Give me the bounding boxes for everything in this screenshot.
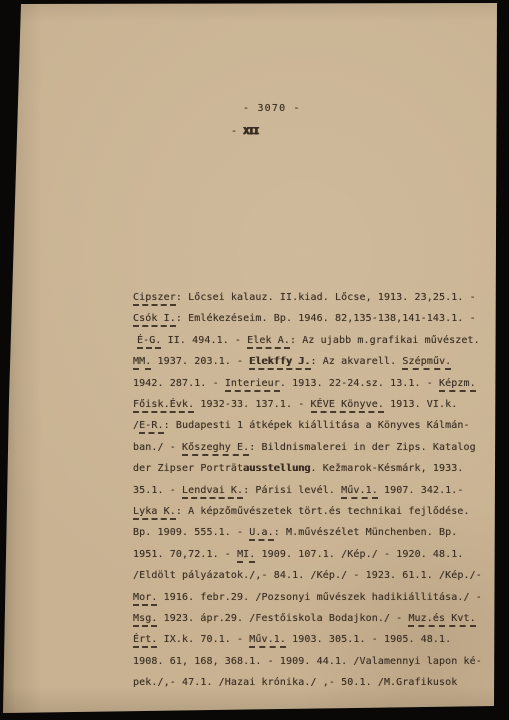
text-segment: 1907. 342.1.- [378,485,464,496]
text-line: /E-R.: Budapesti 1 átképek kiállitása a … [133,420,470,432]
section-numeral: - XII [231,126,258,138]
text-segment: Műv.1. [341,485,378,499]
text-line: 1951. 70,72.1. - MI. 1909. 107.1. /Kép./… [133,549,464,561]
text-segment: : Emlékezéseim. Bp. 1946. 82,135-138,141… [176,313,476,324]
text-segment: 1903. 305.1. - 1905. 48.1. [286,634,451,645]
text-segment: MM. [133,356,151,370]
text-segment: IX.k. 70.1. - [157,634,249,645]
text-line: 35.1. - Lendvai K.: Párisi levél. Műv.1.… [133,485,464,497]
text-segment: ausstellung [243,463,310,474]
text-line: /Eldölt pályázatok./,- 84.1. /Kép./ - 19… [133,570,482,582]
text-segment: Műv.1. [249,634,286,648]
text-segment: : Az akvarell. [311,356,403,367]
page-number: - 3070 - [243,103,301,115]
text-segment: Szépműv. [402,356,451,370]
text-line: Lyka K.: A képzőművészetek tört.és techn… [133,506,470,518]
text-line: Főisk.Évk. 1932-33. 137.1. - KÉVE Könyve… [133,399,457,411]
text-segment: 1909. 107.1. /Kép./ - 1920. 48.1. [255,549,463,560]
text-segment: E-R. [139,420,163,434]
text-line: Ért. IX.k. 70.1. - Műv.1. 1903. 305.1. -… [133,634,451,646]
text-segment: Ért. [133,634,157,648]
text-segment: 1951. 70,72.1. - [133,549,237,560]
text-segment: Csók I. [133,313,176,327]
scan-page: - 3070 - - XII Cipszer: Lőcsei kalauz. I… [0,0,509,720]
text-segment: : Lőcsei kalauz. II.kiad. Lőcse, 1913. 2… [176,292,476,303]
text-segment: 1937. 203.1. - [151,356,249,367]
text-line: Mor. 1916. febr.29. /Pozsonyi művészek h… [133,592,482,604]
text-segment: MI. [237,549,255,563]
text-line: 1942. 287.1. - Interieur. 1913. 22-24.sz… [133,378,476,390]
text-line: Csók I.: Emlékezéseim. Bp. 1946. 82,135-… [133,313,476,325]
text-segment: pek./,- 47.1. /Hazai krónika./ ,- 50.1. … [133,677,457,688]
text-segment: 1916. febr.29. /Pozsonyi művészek hadiki… [157,592,481,603]
text-segment: : M.művészélet Münchenben. Bp. [274,527,458,538]
text-segment: II. 494.1. - [161,335,247,346]
section-numeral-prefix: - [231,126,243,137]
text-segment: Interieur [225,378,280,392]
text-segment: 1908. 61, 168, 368.1. - 1909. 44.1. /Val… [133,656,482,667]
text-segment: 1923. ápr.29. /Festőiskola Bodajkon./ - [157,613,408,624]
text-segment: KÉVE Könyve. [311,399,384,413]
text-segment: Főisk.Évk. [133,399,194,413]
text-segment: : A képzőművészetek tört.és technikai fe… [176,506,470,517]
text-segment: . 1913. 22-24.sz. 13.1. - [280,378,439,389]
text-line: der Zipser Porträtausstellung. Kežmarok-… [133,463,464,475]
text-segment: Elek A. [247,335,290,349]
text-segment: 35.1. - [133,485,182,496]
text-segment: der Zipser Porträt [133,463,243,474]
text-segment: : Budapesti 1 átképek kiállitása a Könyv… [164,420,470,431]
text-segment: 1913. VI.k. [384,399,457,410]
text-line: Bp. 1909. 555.1. - U.a.: M.művészélet Mü… [133,527,457,539]
text-segment: . Kežmarok-Késmárk, 1933. [311,463,464,474]
text-segment: Képzm. [439,378,476,392]
text-segment: Lyka K. [133,506,176,520]
text-segment: Elekffy J. [249,356,310,370]
text-line: pek./,- 47.1. /Hazai krónika./ ,- 50.1. … [133,677,457,689]
text-line: É-G. II. 494.1. - Elek A.: Az ujabb m.gr… [137,335,480,347]
text-segment: : Bildnismalerei in der Zips. Katalog [249,442,475,453]
text-segment: 1942. 287.1. - [133,378,225,389]
text-line: 1908. 61, 168, 368.1. - 1909. 44.1. /Val… [133,656,482,668]
text-segment: /Eldölt pályázatok./,- 84.1. /Kép./ - 19… [133,570,482,581]
text-line: MM. 1937. 203.1. - Elekffy J.: Az akvare… [133,356,451,368]
text-segment: Muz.és Kvt. [408,613,475,627]
text-segment: Cipszer [133,292,176,306]
text-line: Cipszer: Lőcsei kalauz. II.kiad. Lőcse, … [133,292,476,304]
text-line: ban./ - Kőszeghy E.: Bildnismalerei in d… [133,442,476,454]
text-segment: : Párisi levél. [243,485,341,496]
text-segment: Mor. [133,592,157,606]
text-segment: É-G. [137,335,161,349]
text-segment: ban./ - [133,442,182,453]
section-numeral-value: XII [243,126,258,137]
text-segment: Msg. [133,613,157,627]
paper-sheet: - 3070 - - XII Cipszer: Lőcsei kalauz. I… [0,0,509,720]
text-segment: : Az ujabb m.grafikai művészet. [290,335,480,346]
text-segment: U.a. [249,527,273,541]
text-segment: Lendvai K. [182,485,243,499]
text-segment: Bp. 1909. 555.1. - [133,527,249,538]
text-segment: 1932-33. 137.1. - [194,399,310,410]
text-line: Msg. 1923. ápr.29. /Festőiskola Bodajkon… [133,613,476,625]
text-segment: Kőszeghy E. [182,442,249,456]
